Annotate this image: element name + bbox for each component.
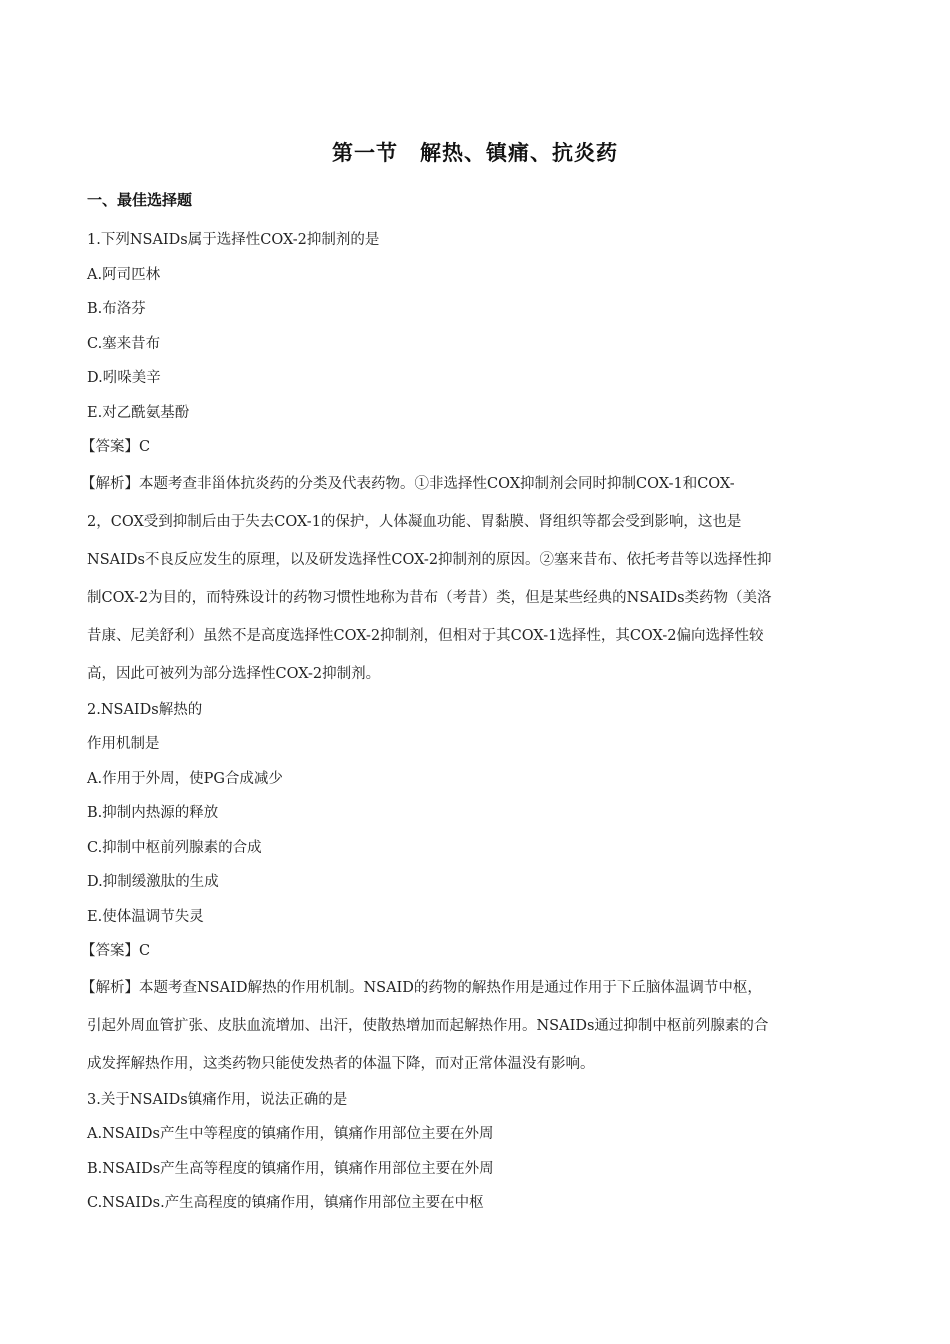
question-1: 1.下列NSAIDs属于选择性COX-2抑制剂的是 A.阿司匹林 B.布洛芬 C… bbox=[87, 223, 867, 693]
answer-label: 【答案】C bbox=[81, 934, 867, 969]
analysis-line: 【解析】本题考查NSAID解热的作用机制。NSAID的药物的解热作用是通过作用于… bbox=[81, 969, 867, 1007]
option-e: E.使体温调节失灵 bbox=[87, 900, 867, 935]
section-heading: 一、最佳选择题 bbox=[87, 189, 192, 211]
analysis-line: 引起外周血管扩张、皮肤血流增加、出汗，使散热增加而起解热作用。NSAIDs通过抑… bbox=[87, 1007, 867, 1045]
question-stem: 2.NSAIDs解热的 bbox=[87, 693, 867, 728]
analysis-line: NSAIDs不良反应发生的原理，以及研发选择性COX-2抑制剂的原因。②塞来昔布… bbox=[87, 541, 867, 579]
analysis-line: 成发挥解热作用，这类药物只能使发热者的体温下降，而对正常体温没有影响。 bbox=[87, 1045, 867, 1083]
analysis-line: 制COX-2为目的，而特殊设计的药物习惯性地称为昔布（考昔）类，但是某些经典的N… bbox=[87, 579, 867, 617]
option-a: A.阿司匹林 bbox=[87, 258, 867, 293]
option-a: A.NSAIDs产生中等程度的镇痛作用，镇痛作用部位主要在外周 bbox=[87, 1117, 867, 1152]
analysis-paragraph: 【解析】本题考查NSAID解热的作用机制。NSAID的药物的解热作用是通过作用于… bbox=[81, 969, 867, 1083]
option-a: A.作用于外周，使PG合成减少 bbox=[87, 762, 867, 797]
analysis-paragraph: 【解析】本题考查非甾体抗炎药的分类及代表药物。①非选择性COX抑制剂会同时抑制C… bbox=[81, 465, 867, 693]
question-stem-continued: 作用机制是 bbox=[87, 727, 867, 762]
question-stem: 1.下列NSAIDs属于选择性COX-2抑制剂的是 bbox=[87, 223, 867, 258]
option-d: D.吲哚美辛 bbox=[87, 361, 867, 396]
document-page: 第一节 解热、镇痛、抗炎药 一、最佳选择题 1.下列NSAIDs属于选择性COX… bbox=[0, 0, 950, 1344]
option-d: D.抑制缓激肽的生成 bbox=[87, 865, 867, 900]
analysis-line: 2，COX受到抑制后由于失去COX-1的保护，人体凝血功能、胃黏膜、肾组织等都会… bbox=[87, 503, 867, 541]
option-b: B.布洛芬 bbox=[87, 292, 867, 327]
option-c: C.NSAIDs.产生高程度的镇痛作用，镇痛作用部位主要在中枢 bbox=[87, 1186, 867, 1221]
analysis-line: 昔康、尼美舒利）虽然不是高度选择性COX-2抑制剂，但相对于其COX-1选择性，… bbox=[87, 617, 867, 655]
analysis-line: 【解析】本题考查非甾体抗炎药的分类及代表药物。①非选择性COX抑制剂会同时抑制C… bbox=[81, 465, 867, 503]
analysis-line: 高，因此可被列为部分选择性COX-2抑制剂。 bbox=[87, 655, 867, 693]
question-3: 3.关于NSAIDs镇痛作用，说法正确的是 A.NSAIDs产生中等程度的镇痛作… bbox=[87, 1083, 867, 1221]
option-c: C.塞来昔布 bbox=[87, 327, 867, 362]
answer-label: 【答案】C bbox=[81, 430, 867, 465]
question-stem: 3.关于NSAIDs镇痛作用，说法正确的是 bbox=[87, 1083, 867, 1118]
option-e: E.对乙酰氨基酚 bbox=[87, 396, 867, 431]
page-title: 第一节 解热、镇痛、抗炎药 bbox=[0, 138, 950, 168]
option-b: B.NSAIDs产生高等程度的镇痛作用，镇痛作用部位主要在外周 bbox=[87, 1152, 867, 1187]
document-body: 1.下列NSAIDs属于选择性COX-2抑制剂的是 A.阿司匹林 B.布洛芬 C… bbox=[87, 223, 867, 1221]
option-c: C.抑制中枢前列腺素的合成 bbox=[87, 831, 867, 866]
question-2: 2.NSAIDs解热的 作用机制是 A.作用于外周，使PG合成减少 B.抑制内热… bbox=[87, 693, 867, 1083]
option-b: B.抑制内热源的释放 bbox=[87, 796, 867, 831]
